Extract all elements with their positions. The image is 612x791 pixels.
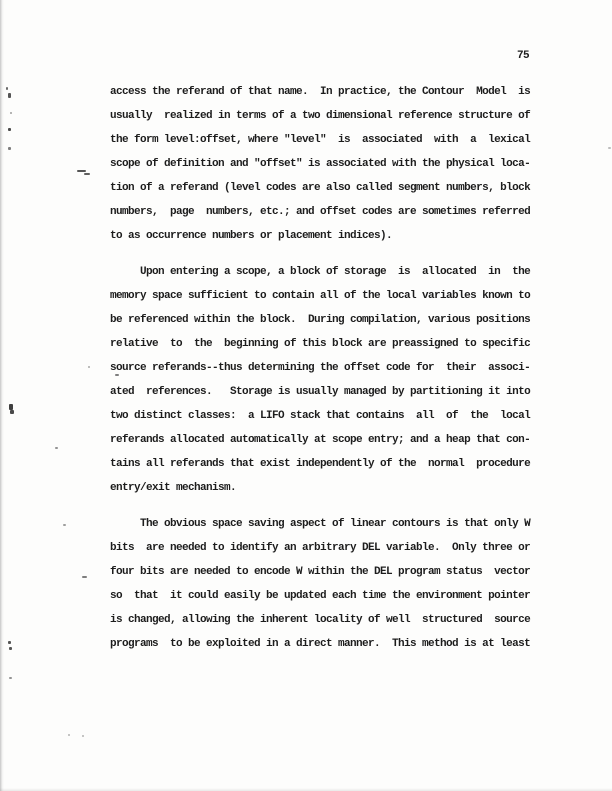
scan-speck [82,735,84,737]
text-line: so that it could easily be updated each … [110,584,540,608]
text-block: access the referand of that name. In pra… [110,80,540,656]
text-line: programs to be exploited in a direct man… [110,632,540,656]
scan-speck [8,128,11,131]
scan-speck [8,147,11,150]
text-line: entry/exit mechanism. [110,476,540,500]
text-line: is changed, allowing the inherent locali… [110,608,540,632]
scan-speck [82,576,87,578]
scan-speck [10,112,12,114]
document-page: 75 access the referand of that name. In … [0,0,612,791]
text-line: to as occurrence numbers or placement in… [110,224,540,248]
text-line: tion of a referand (level codes are also… [110,176,540,200]
text-line: scope of definition and "offset" is asso… [110,152,540,176]
text-line: bits are needed to identify an arbitrary… [110,536,540,560]
scan-speck [8,93,11,98]
scan-speck [8,641,11,644]
text-line: source referands--thus determining the o… [110,356,540,380]
text-line: memory space sufficient to contain all o… [110,284,540,308]
text-line: two distinct classes: a LIFO stack that … [110,404,540,428]
paragraph-3: The obvious space saving aspect of linea… [110,512,540,656]
text-line: usually realized in terms of a two dimen… [110,104,540,128]
text-line: ated references. Storage is usually mana… [110,380,540,404]
scan-speck [9,647,12,650]
scan-speck [77,170,86,172]
text-line: be referenced within the block. During c… [110,308,540,332]
text-line: tains all referands that exist independe… [110,452,540,476]
text-line: Upon entering a scope, a block of storag… [110,260,540,284]
paragraph-2: Upon entering a scope, a block of storag… [110,260,540,500]
scan-speck [10,410,14,414]
scan-speck [6,87,8,90]
scan-speck [68,734,70,736]
page-number: 75 [517,48,529,64]
scan-speck [84,173,90,175]
scan-edge-left [0,0,4,791]
text-line: The obvious space saving aspect of linea… [110,512,540,536]
text-line: four bits are needed to encode W within … [110,560,540,584]
text-line: relative to the beginning of this block … [110,332,540,356]
paragraph-1: access the referand of that name. In pra… [110,80,540,248]
scan-speck [88,366,90,368]
scan-speck [9,677,12,679]
text-line: access the referand of that name. In pra… [110,80,540,104]
scan-speck [608,147,611,149]
scan-speck [55,447,58,449]
scan-speck [63,524,66,526]
text-line: the form level:offset, where "level" is … [110,128,540,152]
text-line: numbers, page numbers, etc.; and offset … [110,200,540,224]
text-line: referands allocated automatically at sco… [110,428,540,452]
scan-speck [9,404,13,410]
